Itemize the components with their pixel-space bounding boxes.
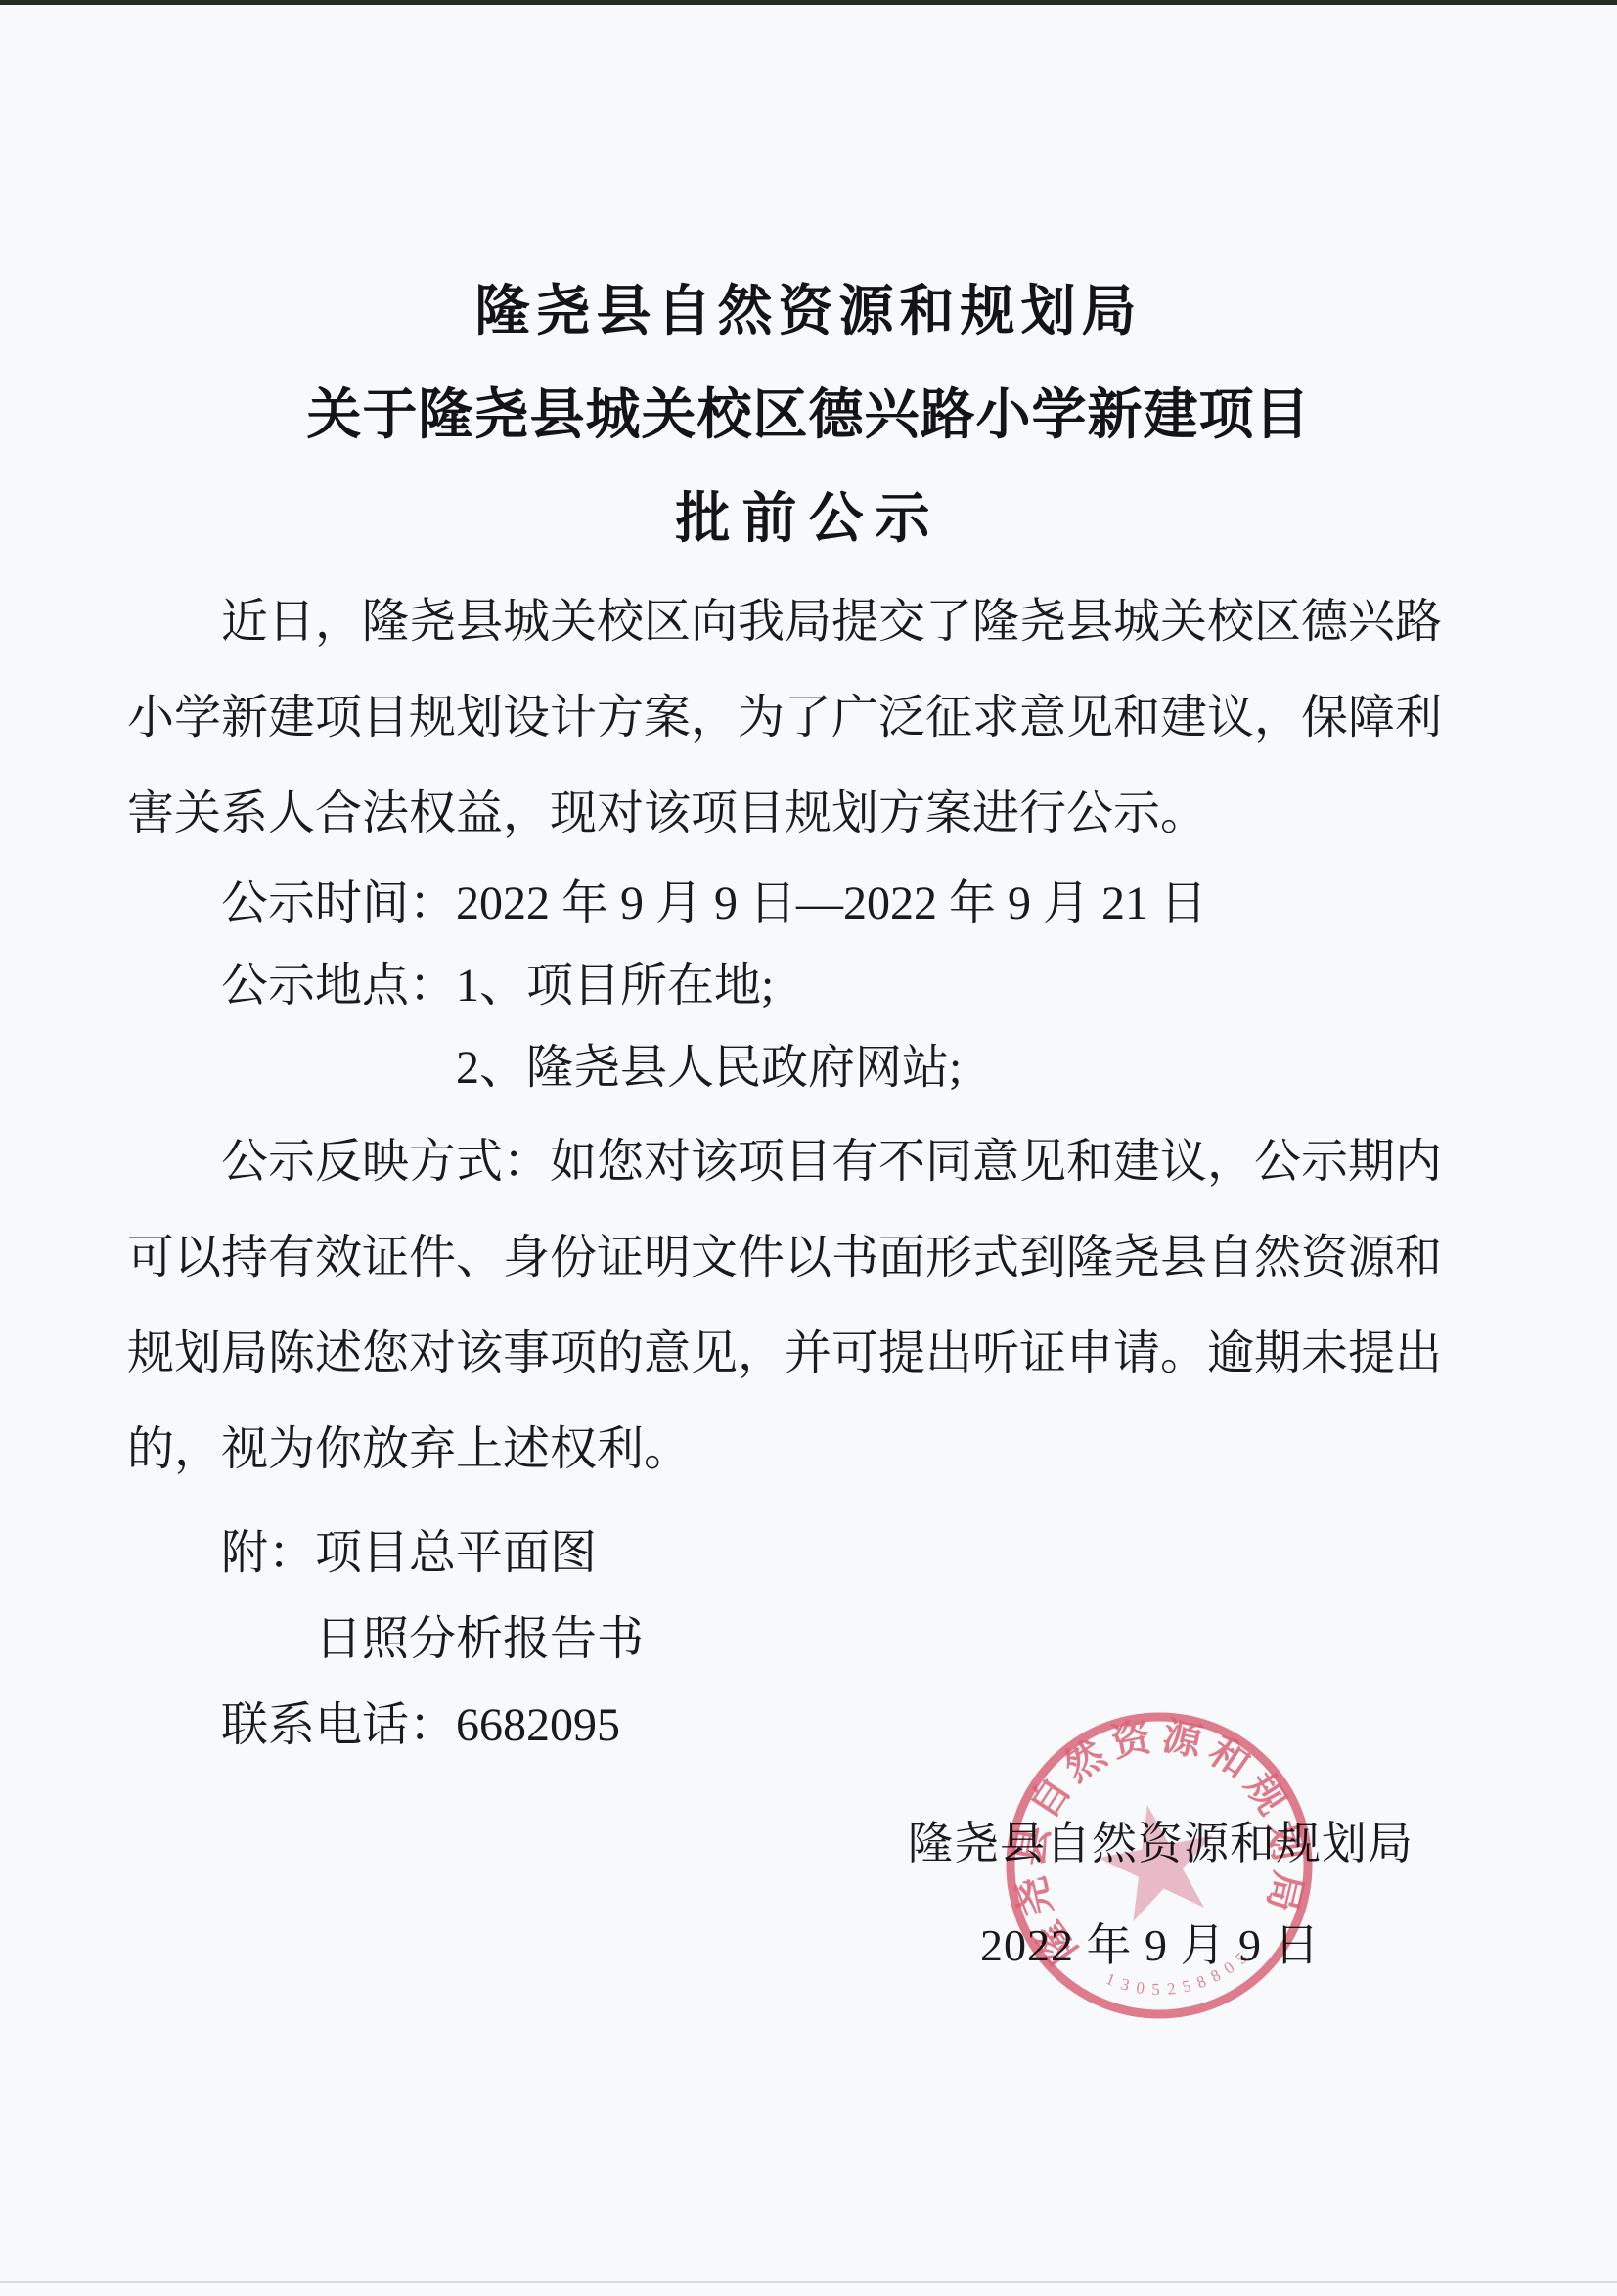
scan-top-edge-line xyxy=(0,0,1617,5)
title-line-3: 批前公示 xyxy=(0,467,1617,570)
title-line-2: 关于隆尧县城关校区德兴路小学新建项目 xyxy=(0,363,1617,467)
scan-bottom-edge-line xyxy=(0,2281,1617,2283)
document-page: 隆尧县自然资源和规划局 关于隆尧县城关校区德兴路小学新建项目 批前公示 近日，隆… xyxy=(0,0,1617,2296)
official-seal-stamp: 隆尧县自然资源和规划局 1305258805 xyxy=(993,1699,1325,2032)
body-line: 规划局陈述您对该事项的意见，并可提出听证申请。逾期未提出 xyxy=(127,1302,1500,1406)
document-title-block: 隆尧县自然资源和规划局 关于隆尧县城关校区德兴路小学新建项目 批前公示 xyxy=(0,259,1617,570)
body-line: 小学新建项目规划设计方案，为了广泛征求意见和建议，保障利 xyxy=(127,670,1500,766)
body-line-attachment-2: 日照分析报告书 xyxy=(127,1613,1500,1666)
body-line: 害关系人合法权益，现对该项目规划方案进行公示。 xyxy=(127,766,1500,862)
title-line-1: 隆尧县自然资源和规划局 xyxy=(0,259,1617,363)
body-line: 近日，隆尧县城关校区向我局提交了隆尧县城关校区德兴路 xyxy=(127,574,1500,670)
svg-text:1305258805: 1305258805 xyxy=(1100,1942,1261,2011)
body-line-feedback-method: 公示反映方式：如您对该项目有不同意见和建议，公示期内 xyxy=(127,1110,1500,1214)
body-line: 可以持有效证件、身份证明文件以书面形式到隆尧县自然资源和 xyxy=(127,1214,1500,1302)
body-line-publicity-time: 公示时间：2022 年 9 月 9 日—2022 年 9 月 21 日 xyxy=(127,862,1500,946)
body-line-publicity-place-2: 2、隆尧县人民政府网站; xyxy=(127,1026,1500,1110)
body-line-attachment-1: 附：项目总平面图 xyxy=(127,1494,1500,1613)
document-body: 近日，隆尧县城关校区向我局提交了隆尧县城关校区德兴路 小学新建项目规划设计方案，… xyxy=(127,574,1500,1785)
seal-star-icon xyxy=(1090,1794,1226,1926)
body-line: 的，视为你放弃上述权利。 xyxy=(127,1406,1500,1494)
body-line-publicity-place-1: 公示地点：1、项目所在地; xyxy=(127,946,1500,1026)
seal-code-number: 1305258805 xyxy=(1100,1942,1261,2011)
